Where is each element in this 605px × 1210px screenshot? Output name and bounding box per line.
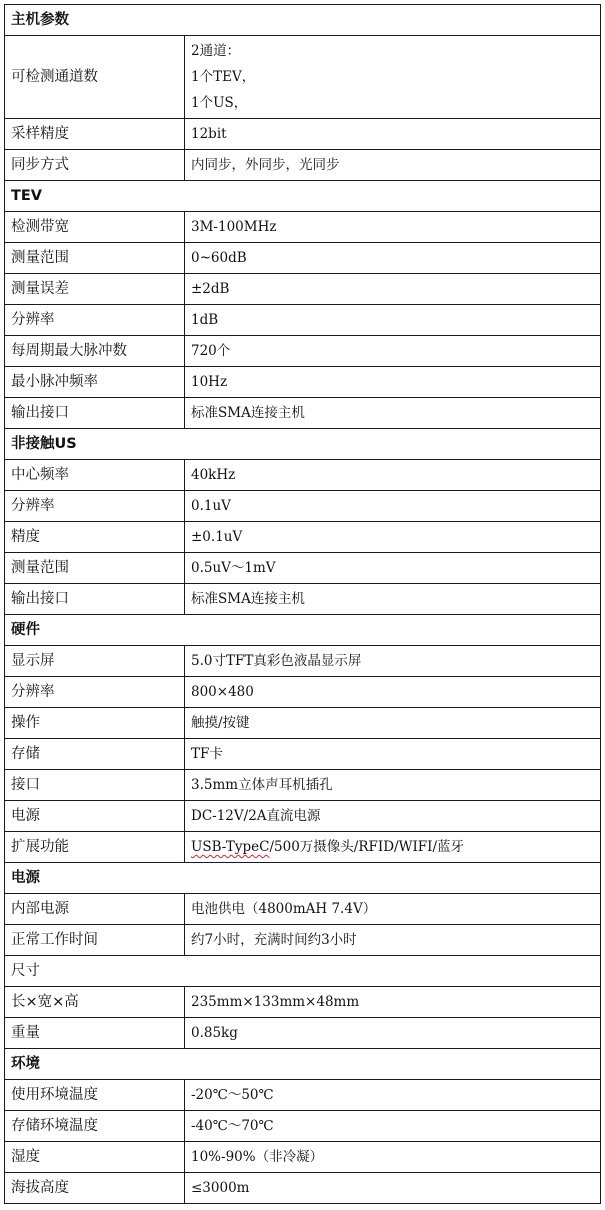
row-key: 测量范围 — [5, 243, 185, 274]
section-header-dimensions: 尺寸 — [5, 956, 601, 987]
row-value: -20℃～50℃ — [185, 1080, 601, 1111]
table-row: 电源DC-12V/2A直流电源 — [5, 801, 601, 832]
row-key: 采样精度 — [5, 119, 185, 150]
table-row: 扩展功能 USB-TypeC/500万摄像头/RFID/WIFI/蓝牙 — [5, 832, 601, 863]
row-key: 输出接口 — [5, 584, 185, 615]
row-key: 同步方式 — [5, 150, 185, 181]
row-key: 分辨率 — [5, 305, 185, 336]
section-header-hardware: 硬件 — [5, 615, 601, 646]
table-row: 测量范围0~60dB — [5, 243, 601, 274]
row-key: 测量范围 — [5, 553, 185, 584]
table-row: 测量误差±2dB — [5, 274, 601, 305]
row-key: 存储 — [5, 739, 185, 770]
table-row: 接口3.5mm立体声耳机插孔 — [5, 770, 601, 801]
table-row: 测量范围0.5uV～1mV — [5, 553, 601, 584]
row-value: 10%-90%（非冷凝） — [185, 1142, 601, 1173]
table-row: 中心频率40kHz — [5, 460, 601, 491]
section-header-environment: 环境 — [5, 1049, 601, 1080]
table-row: 操作触摸/按键 — [5, 708, 601, 739]
table-row: 分辨率800×480 — [5, 677, 601, 708]
row-value: 电池供电（4800mAH 7.4V） — [185, 894, 601, 925]
row-value: ±0.1uV — [185, 522, 601, 553]
row-key: 正常工作时间 — [5, 925, 185, 956]
row-key: 精度 — [5, 522, 185, 553]
row-key: 最小脉冲频率 — [5, 367, 185, 398]
row-value: 40kHz — [185, 460, 601, 491]
table-row: 输出接口标准SMA连接主机 — [5, 584, 601, 615]
row-value: 12bit — [185, 119, 601, 150]
section-header-us: 非接触US — [5, 429, 601, 460]
section-title: 环境 — [5, 1049, 601, 1080]
row-value: 5.0寸TFT真彩色液晶显示屏 — [185, 646, 601, 677]
section-title: 尺寸 — [5, 956, 601, 987]
row-key: 海拔高度 — [5, 1173, 185, 1204]
row-value: 2通道： 1个TEV， 1个US， — [185, 36, 601, 119]
row-key: 输出接口 — [5, 398, 185, 429]
value-suffix: /500万摄像头/RFID/WIFI/蓝牙 — [269, 839, 464, 855]
table-row: 精度±0.1uV — [5, 522, 601, 553]
section-header-tev: TEV — [5, 181, 601, 212]
table-row: 检测带宽3M-100MHz — [5, 212, 601, 243]
table-row: 正常工作时间约7小时，充满时间约3小时 — [5, 925, 601, 956]
row-key: 中心频率 — [5, 460, 185, 491]
row-key: 每周期最大脉冲数 — [5, 336, 185, 367]
section-title: 硬件 — [5, 615, 601, 646]
row-key: 显示屏 — [5, 646, 185, 677]
row-value: 1dB — [185, 305, 601, 336]
table-row: 可检测通道数 2通道： 1个TEV， 1个US， — [5, 36, 601, 119]
row-value: 标准SMA连接主机 — [185, 398, 601, 429]
table-row: 存储TF卡 — [5, 739, 601, 770]
row-key: 使用环境温度 — [5, 1080, 185, 1111]
table-row: 内部电源电池供电（4800mAH 7.4V） — [5, 894, 601, 925]
table-row: 采样精度 12bit — [5, 119, 601, 150]
table-row: 长×宽×高235mm×133mm×48mm — [5, 987, 601, 1018]
row-value: 235mm×133mm×48mm — [185, 987, 601, 1018]
row-value: ≤3000m — [185, 1173, 601, 1204]
row-key: 分辨率 — [5, 491, 185, 522]
value-line: 1个TEV， — [191, 64, 600, 90]
row-value: DC-12V/2A直流电源 — [185, 801, 601, 832]
section-title: 非接触US — [5, 429, 601, 460]
row-key: 长×宽×高 — [5, 987, 185, 1018]
row-key: 检测带宽 — [5, 212, 185, 243]
row-value: 720个 — [185, 336, 601, 367]
table-row: 输出接口标准SMA连接主机 — [5, 398, 601, 429]
row-value: 触摸/按键 — [185, 708, 601, 739]
table-row: 重量0.85kg — [5, 1018, 601, 1049]
row-value: 0.1uV — [185, 491, 601, 522]
table-row: 每周期最大脉冲数720个 — [5, 336, 601, 367]
spec-table: 主机参数 可检测通道数 2通道： 1个TEV， 1个US， 采样精度 12bit… — [4, 4, 601, 1204]
table-row: 最小脉冲频率10Hz — [5, 367, 601, 398]
table-row: 使用环境温度-20℃～50℃ — [5, 1080, 601, 1111]
row-value: 0~60dB — [185, 243, 601, 274]
table-row: 分辨率0.1uV — [5, 491, 601, 522]
table-row: 海拔高度≤3000m — [5, 1173, 601, 1204]
row-key: 扩展功能 — [5, 832, 185, 863]
row-key: 操作 — [5, 708, 185, 739]
row-value: 0.5uV～1mV — [185, 553, 601, 584]
section-title: TEV — [5, 181, 601, 212]
row-value: -40℃～70℃ — [185, 1111, 601, 1142]
row-value: 0.85kg — [185, 1018, 601, 1049]
section-header-host: 主机参数 — [5, 5, 601, 36]
row-key: 可检测通道数 — [5, 36, 185, 119]
row-value: TF卡 — [185, 739, 601, 770]
table-row: 同步方式 内同步，外同步，光同步 — [5, 150, 601, 181]
row-key: 电源 — [5, 801, 185, 832]
row-value: 10Hz — [185, 367, 601, 398]
section-title: 主机参数 — [5, 5, 601, 36]
row-value: 800×480 — [185, 677, 601, 708]
row-value: USB-TypeC/500万摄像头/RFID/WIFI/蓝牙 — [185, 832, 601, 863]
row-key: 测量误差 — [5, 274, 185, 305]
row-key: 分辨率 — [5, 677, 185, 708]
table-row: 显示屏5.0寸TFT真彩色液晶显示屏 — [5, 646, 601, 677]
row-value: 约7小时，充满时间约3小时 — [185, 925, 601, 956]
table-row: 存储环境温度-40℃～70℃ — [5, 1111, 601, 1142]
row-value: 3.5mm立体声耳机插孔 — [185, 770, 601, 801]
row-key: 湿度 — [5, 1142, 185, 1173]
section-header-power: 电源 — [5, 863, 601, 894]
section-title: 电源 — [5, 863, 601, 894]
row-value: ±2dB — [185, 274, 601, 305]
row-key: 存储环境温度 — [5, 1111, 185, 1142]
spellcheck-flagged-text: USB-TypeC — [191, 839, 269, 855]
value-line: 2通道： — [191, 38, 600, 64]
table-row: 湿度10%-90%（非冷凝） — [5, 1142, 601, 1173]
row-value: 内同步，外同步，光同步 — [185, 150, 601, 181]
row-key: 接口 — [5, 770, 185, 801]
value-line: 1个US， — [191, 90, 600, 116]
row-key: 重量 — [5, 1018, 185, 1049]
row-value: 3M-100MHz — [185, 212, 601, 243]
row-value: 标准SMA连接主机 — [185, 584, 601, 615]
table-row: 分辨率1dB — [5, 305, 601, 336]
row-key: 内部电源 — [5, 894, 185, 925]
